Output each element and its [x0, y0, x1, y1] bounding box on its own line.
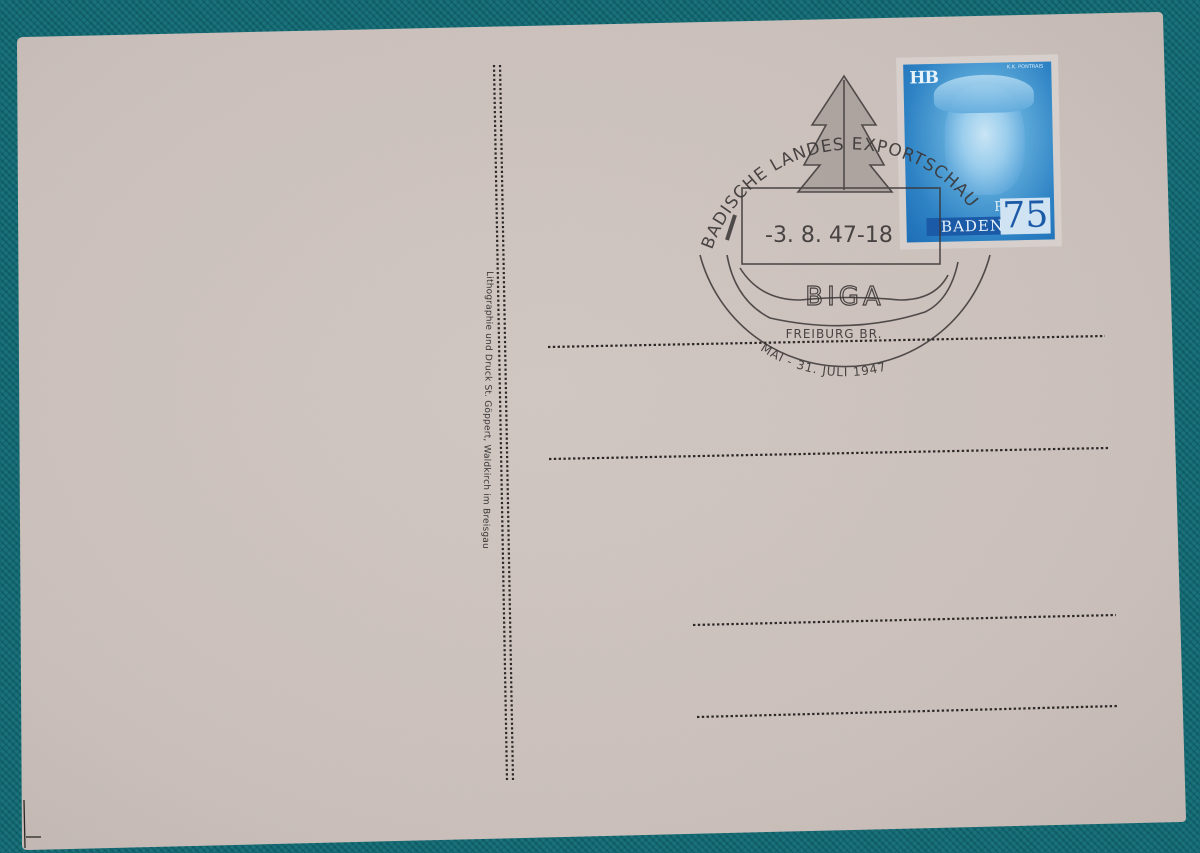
postmark-banner-text: BIGA — [805, 282, 884, 312]
postmark-date: -3. 8. 47-18 — [765, 223, 893, 248]
postcard-photo: Lithographie und Druck St. Göppert, Wald… — [0, 0, 1200, 853]
postmark-arc-bottom: MAI - 31. JULI 1947 — [758, 341, 888, 379]
fir-tree-icon — [798, 76, 892, 192]
postmark-city: FREIBURG BR. — [786, 327, 883, 341]
postmark: BADISCHE LANDES EXPORTSCHAU MAI - 31. JU… — [0, 0, 1200, 853]
